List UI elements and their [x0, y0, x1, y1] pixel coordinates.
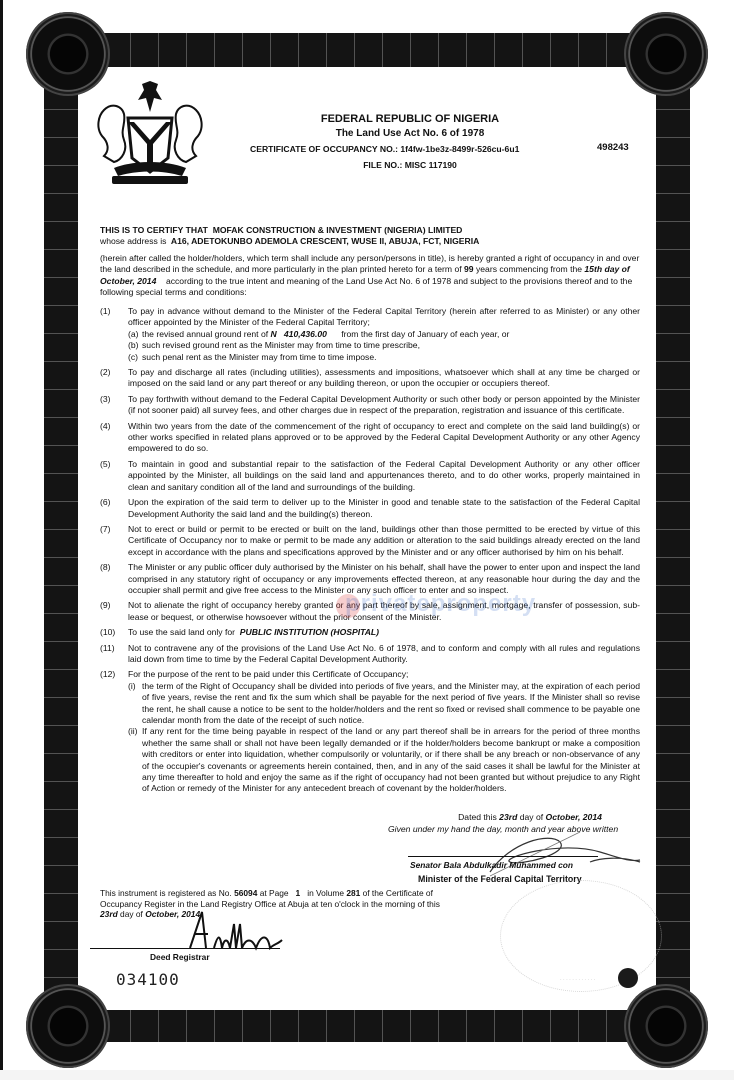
seal-icon [618, 968, 638, 988]
term-text: To pay and discharge all rates (includin… [128, 367, 640, 388]
rosette-icon [26, 984, 110, 1068]
registrar-signature-line [90, 948, 280, 949]
registration-volume: 281 [346, 888, 360, 898]
term-subitem: (c)such penal rent as the Minister may f… [128, 352, 640, 363]
subitem-label: (a) [128, 329, 139, 340]
minister-signature-line [408, 856, 598, 857]
term-number: (5) [100, 459, 111, 470]
start-month: October, 2014 [100, 276, 156, 286]
term-item: (10)To use the said land only for PUBLIC… [100, 627, 640, 638]
holder-line: THIS IS TO CERTIFY THAT MOFAK CONSTRUCTI… [100, 225, 640, 236]
term-subitem: (a)the revised annual ground rent of N 4… [128, 329, 640, 340]
watermark: privateproperty [345, 598, 536, 609]
holder-address: A16, ADETOKUNBO ADEMOLA CRESCENT, WUSE I… [171, 236, 479, 246]
coat-of-arms-icon [94, 80, 206, 188]
term-item: (12)For the purpose of the rent to be pa… [100, 669, 640, 794]
subitem-label: (b) [128, 340, 139, 351]
term-number: (12) [100, 669, 115, 680]
term-number: (10) [100, 627, 115, 638]
rosette-icon [624, 984, 708, 1068]
scan-edge-left [0, 0, 3, 1080]
term-item: (6)Upon the expiration of the said term … [100, 497, 640, 520]
faint-footer-text: · · · · · · · · · · · · [560, 977, 595, 983]
registration-number: 56094 [234, 888, 257, 898]
term-item: (1)To pay in advance without demand to t… [100, 306, 640, 363]
terms-list: (1)To pay in advance without demand to t… [100, 306, 640, 799]
address-line: whose address is A16, ADETOKUNBO ADEMOLA… [100, 236, 640, 247]
certificate-number: CERTIFICATE OF OCCUPANCY NO.: 1f4fw-1be3… [250, 144, 519, 155]
term-text: Not to erect or build or permit to be er… [128, 524, 640, 557]
term-text: Upon the expiration of the said term to … [128, 497, 640, 518]
serial-number: 498243 [597, 142, 629, 153]
registrar-title: Deed Registrar [150, 952, 210, 963]
certify-block: THIS IS TO CERTIFY THAT MOFAK CONSTRUCTI… [100, 225, 640, 248]
minister-name: Senator Bala Abdulkadir Muhammed con [410, 860, 573, 871]
term-text: For the purpose of the rent to be paid u… [128, 669, 408, 679]
term-number: (9) [100, 600, 111, 611]
preamble: (herein after called the holder/holders,… [100, 253, 640, 299]
rosette-icon [624, 12, 708, 96]
term-number: (4) [100, 421, 111, 432]
term-text: To use the said land only for [128, 627, 235, 637]
term-number: (6) [100, 497, 111, 508]
term-number: (2) [100, 367, 111, 378]
document-serial: 034100 [116, 974, 180, 985]
term-subitem: (b)such revised ground rent as the Minis… [128, 340, 640, 351]
land-use-purpose: PUBLIC INSTITUTION (HOSPITAL) [240, 627, 379, 637]
term-number: (8) [100, 562, 111, 573]
file-number: FILE NO.: MISC 117190 [290, 160, 530, 171]
term-item: (3)To pay forthwith without demand to th… [100, 394, 640, 417]
term-subitem: (ii)If any rent for the time being payab… [128, 726, 640, 794]
term-number: (7) [100, 524, 111, 535]
subitem-label: (c) [128, 352, 138, 363]
term-text: Within two years from the date of the co… [128, 421, 640, 454]
border-bottom [60, 1010, 674, 1042]
term-item: (4)Within two years from the date of the… [100, 421, 640, 455]
act-title: The Land Use Act No. 6 of 1978 [290, 128, 530, 139]
subitem-label: (i) [128, 681, 136, 692]
border-right [656, 60, 690, 1020]
term-item: (5)To maintain in good and substantial r… [100, 459, 640, 493]
term-number: (3) [100, 394, 111, 405]
term-item: (7)Not to erect or build or permit to be… [100, 524, 640, 558]
start-day: 15th day of [584, 264, 629, 274]
dated-line: Dated this 23rd day of October, 2014 [410, 812, 650, 823]
term-number: (11) [100, 643, 115, 654]
border-left [44, 60, 78, 1020]
border-top [60, 33, 674, 67]
term-item: (2)To pay and discharge all rates (inclu… [100, 367, 640, 390]
term-text: To pay forthwith without demand to the F… [128, 394, 640, 415]
registrar-signature [180, 908, 320, 952]
subitem-label: (ii) [128, 726, 138, 737]
term-item: (11)Not to contravene any of the provisi… [100, 643, 640, 666]
registration-page: 1 [296, 888, 301, 898]
term-years: 99 [464, 264, 474, 274]
holder-name: MOFAK CONSTRUCTION & INVESTMENT (NIGERIA… [213, 225, 463, 235]
term-subitem: (i)the term of the Right of Occupancy sh… [128, 681, 640, 727]
term-text: Not to contravene any of the provisions … [128, 643, 640, 664]
country-title: FEDERAL REPUBLIC OF NIGERIA [290, 114, 530, 125]
scan-edge-bottom [0, 1070, 734, 1080]
ground-rent-amount: N 410,436.00 [271, 329, 327, 339]
term-number: (1) [100, 306, 111, 317]
term-text: To maintain in good and substantial repa… [128, 459, 640, 492]
term-text: To pay in advance without demand to the … [128, 306, 640, 327]
